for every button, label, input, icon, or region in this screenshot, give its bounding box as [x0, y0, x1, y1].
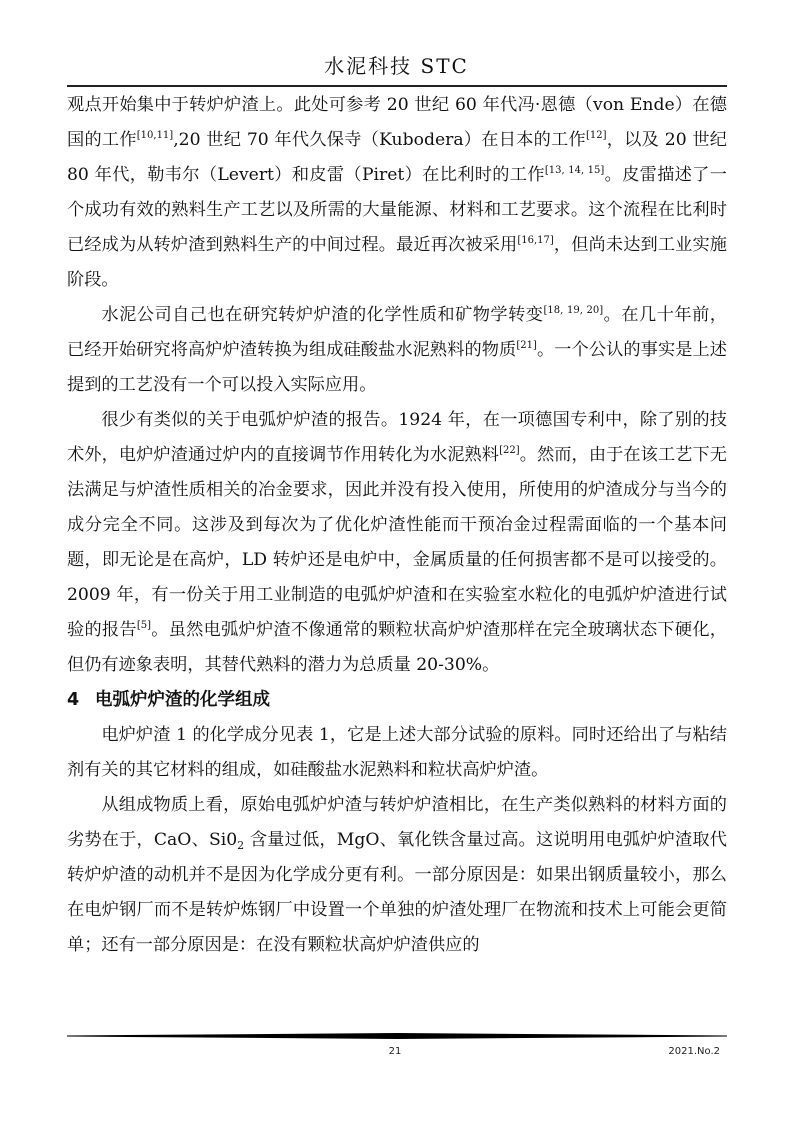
section-title: 电弧炉炉渣的化学组成	[95, 690, 270, 710]
page-number: 21	[380, 1046, 410, 1057]
issue-label: 2021.No.2	[600, 1046, 720, 1057]
citation: [16,17]	[517, 235, 553, 246]
journal-header-title: 水泥科技 STC	[0, 50, 793, 79]
paragraph-4: 电炉炉渣 1 的化学成分见表 1，它是上述大部分试验的原料。同时还给出了与粘结剂…	[67, 718, 727, 788]
header-divider	[67, 85, 727, 87]
citation: [12]	[586, 130, 607, 141]
citation: [18, 19, 20]	[544, 305, 604, 316]
text-run: 。虽然电弧炉炉渣不像通常的颗粒状高炉炉渣那样在完全玻璃状态下硬化，但仍有迹象表明…	[67, 620, 727, 675]
text-run: ,20 世纪 70 年代久保寺（Kubodera）在日本的工作	[173, 130, 586, 150]
text-run: 。然而，由于在该工艺下无法满足与炉渣性质相关的冶金要求，因此并没有投入使用，所使…	[67, 445, 727, 640]
citation: [5]	[137, 620, 151, 631]
text-run: 水泥公司自己也在研究转炉炉渣的化学性质和矿物学转变	[101, 305, 543, 325]
paragraph-2: 水泥公司自己也在研究转炉炉渣的化学性质和矿物学转变[18, 19, 20]。在几…	[67, 298, 727, 403]
paragraph-5: 从组成物质上看，原始电弧炉炉渣与转炉炉渣相比，在生产类似熟料的材料方面的劣势在于…	[67, 788, 727, 963]
paragraph-3: 很少有类似的关于电弧炉炉渣的报告。1924 年，在一项德国专利中，除了别的技术外…	[67, 403, 727, 683]
paragraph-1: 观点开始集中于转炉炉渣上。此处可参考 20 世纪 60 年代冯·恩德（von E…	[67, 88, 727, 298]
section-heading: 4电弧炉炉渣的化学组成	[67, 683, 727, 718]
citation: [13, 14, 15]	[545, 165, 604, 176]
footer-divider	[67, 1033, 727, 1039]
citation: [10,11]	[137, 130, 173, 141]
section-number: 4	[67, 683, 95, 718]
citation: [22]	[499, 445, 520, 456]
article-body: 观点开始集中于转炉炉渣上。此处可参考 20 世纪 60 年代冯·恩德（von E…	[67, 88, 727, 963]
citation: [21]	[516, 340, 537, 351]
document-page: 水泥科技 STC 观点开始集中于转炉炉渣上。此处可参考 20 世纪 60 年代冯…	[0, 0, 793, 1122]
